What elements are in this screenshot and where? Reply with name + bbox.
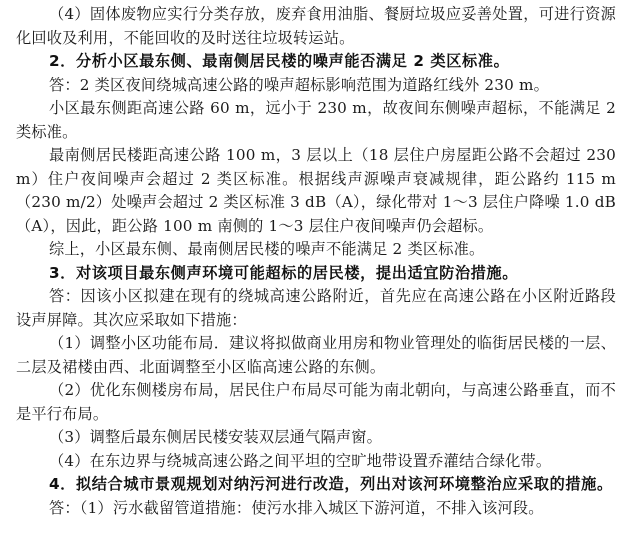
document-page: （4）固体废物应实行分类存放，废弃食用油脂、餐厨垃圾应妥善处置，可进行资源化回收… bbox=[16, 3, 616, 520]
answer-4-measure-1: 答：（1）污水截留管道措施：使污水排入城区下游河道，不排入该河段。 bbox=[16, 497, 616, 521]
answer-2-intro: 答：2 类区夜间绕城高速公路的噪声超标影响范围为道路红线外 230 m。 bbox=[16, 74, 616, 98]
paragraph-solid-waste: （4）固体废物应实行分类存放，废弃食用油脂、餐厨垃圾应妥善处置，可进行资源化回收… bbox=[16, 3, 616, 50]
answer-2-south: 最南侧居民楼距高速公路 100 m，3 层以上（18 层住户房屋距公路不会超过 … bbox=[16, 144, 616, 238]
answer-3-measure-4: （4）在东边界与绕城高速公路之间平坦的空旷地带设置乔灌结合绿化带。 bbox=[16, 450, 616, 474]
question-4-heading: 4．拟结合城市景观规划对纳污河进行改造，列出对该河环境整治应采取的措施。 bbox=[16, 473, 616, 497]
answer-3-measure-1: （1）调整小区功能布局．建议将拟做商业用房和物业管理处的临街居民楼的一层、二层及… bbox=[16, 332, 616, 379]
answer-3-measure-2: （2）优化东侧楼房布局，居民住户布局尽可能为南北朝向，与高速公路垂直，而不是平行… bbox=[16, 379, 616, 426]
question-3-heading: 3．对该项目最东侧声环境可能超标的居民楼，提出适宜防治措施。 bbox=[16, 262, 616, 286]
question-2-heading: 2．分析小区最东侧、最南侧居民楼的噪声能否满足 2 类区标准。 bbox=[16, 50, 616, 74]
answer-3-intro: 答：因该小区拟建在现有的绕城高速公路附近，首先应在高速公路在小区附近路段设声屏障… bbox=[16, 285, 616, 332]
answer-3-measure-3: （3）调整后最东侧居民楼安装双层通气隔声窗。 bbox=[16, 426, 616, 450]
answer-2-east: 小区最东侧距高速公路 60 m，远小于 230 m，故夜间东侧噪声超标，不能满足… bbox=[16, 97, 616, 144]
answer-2-summary: 综上，小区最东侧、最南侧居民楼的噪声不能满足 2 类区标准。 bbox=[16, 238, 616, 262]
